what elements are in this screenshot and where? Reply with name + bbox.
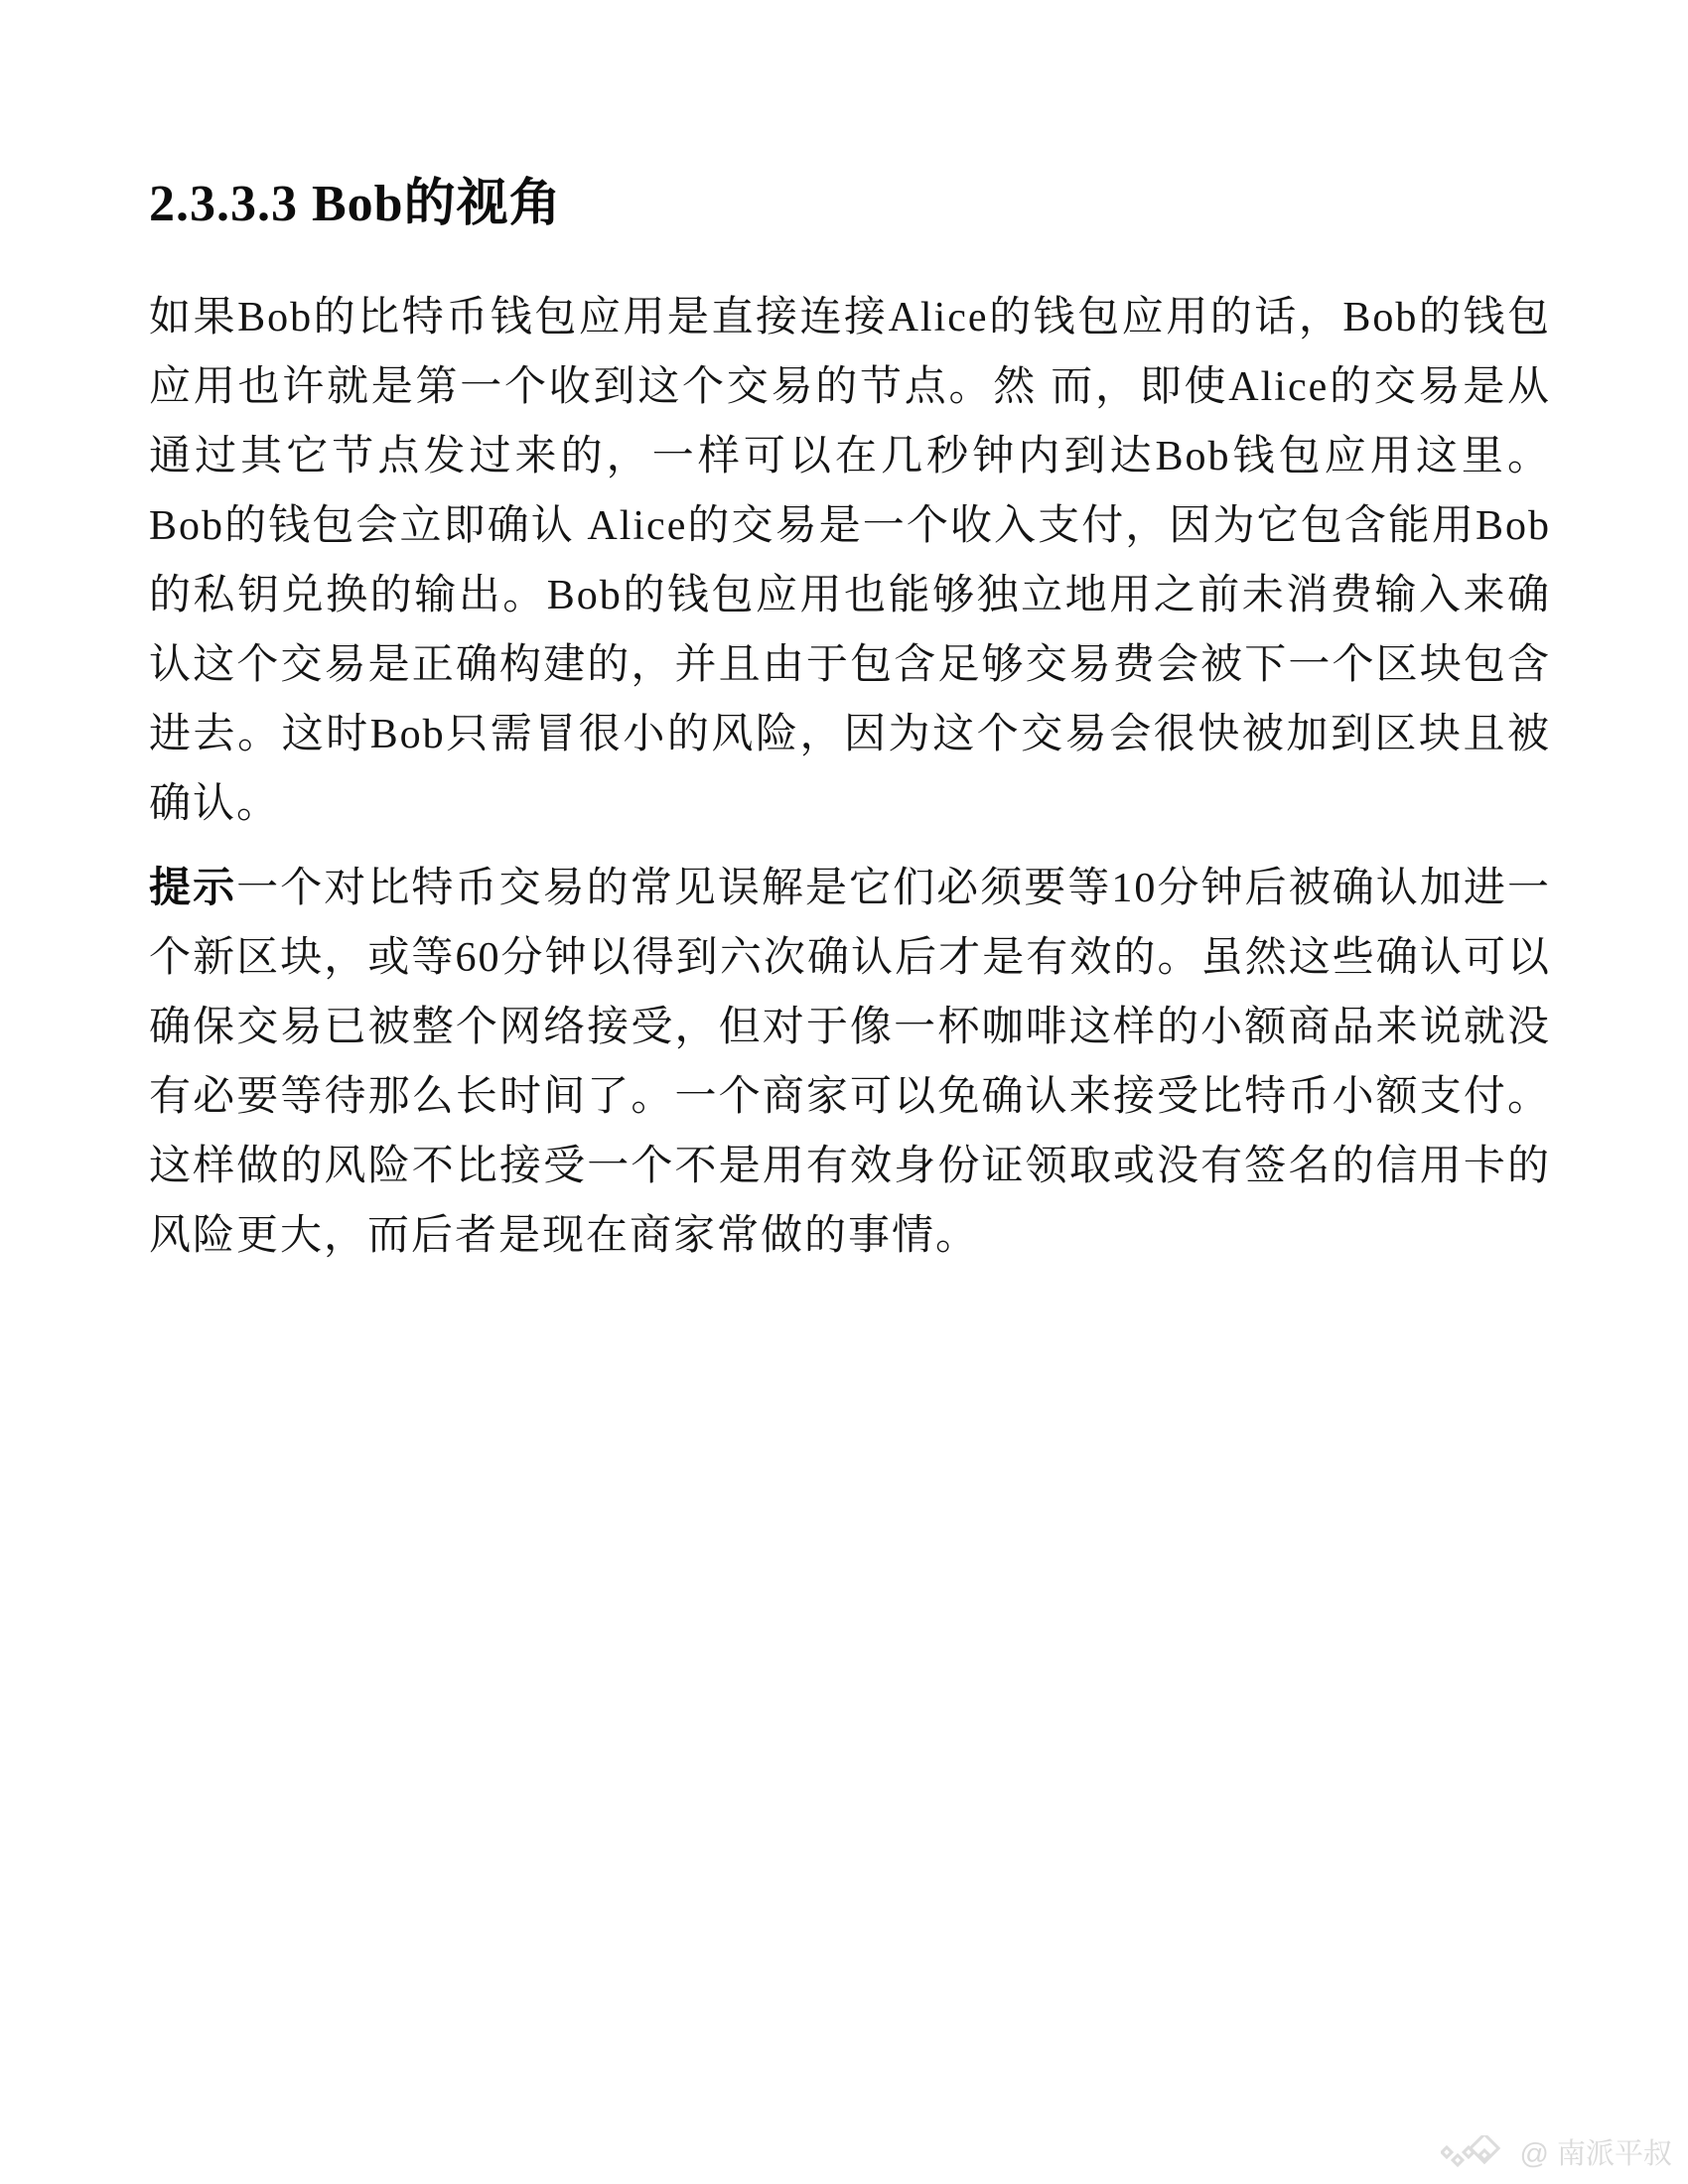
- document-content: 2.3.3.3 Bob的视角 如果Bob的比特币钱包应用是直接连接Alice的钱…: [149, 174, 1551, 1271]
- document-page: 2.3.3.3 Bob的视角 如果Bob的比特币钱包应用是直接连接Alice的钱…: [0, 0, 1688, 2184]
- watermark: @ 南派平叔: [1441, 2131, 1673, 2172]
- paragraph-bob-perspective: 如果Bob的比特币钱包应用是直接连接Alice的钱包应用的话，Bob的钱包应用也…: [149, 283, 1551, 839]
- watermark-logo-icon: [1441, 2135, 1512, 2169]
- paragraph-tip: 提示一个对比特币交易的常见误解是它们必须要等10分钟后被确认加进一个新区块，或等…: [149, 853, 1551, 1271]
- tip-label: 提示: [149, 864, 236, 910]
- watermark-text: @ 南派平叔: [1520, 2131, 1673, 2172]
- section-heading: 2.3.3.3 Bob的视角: [149, 174, 1551, 235]
- tip-body: 一个对比特币交易的常见误解是它们必须要等10分钟后被确认加进一个新区块，或等60…: [149, 866, 1551, 1259]
